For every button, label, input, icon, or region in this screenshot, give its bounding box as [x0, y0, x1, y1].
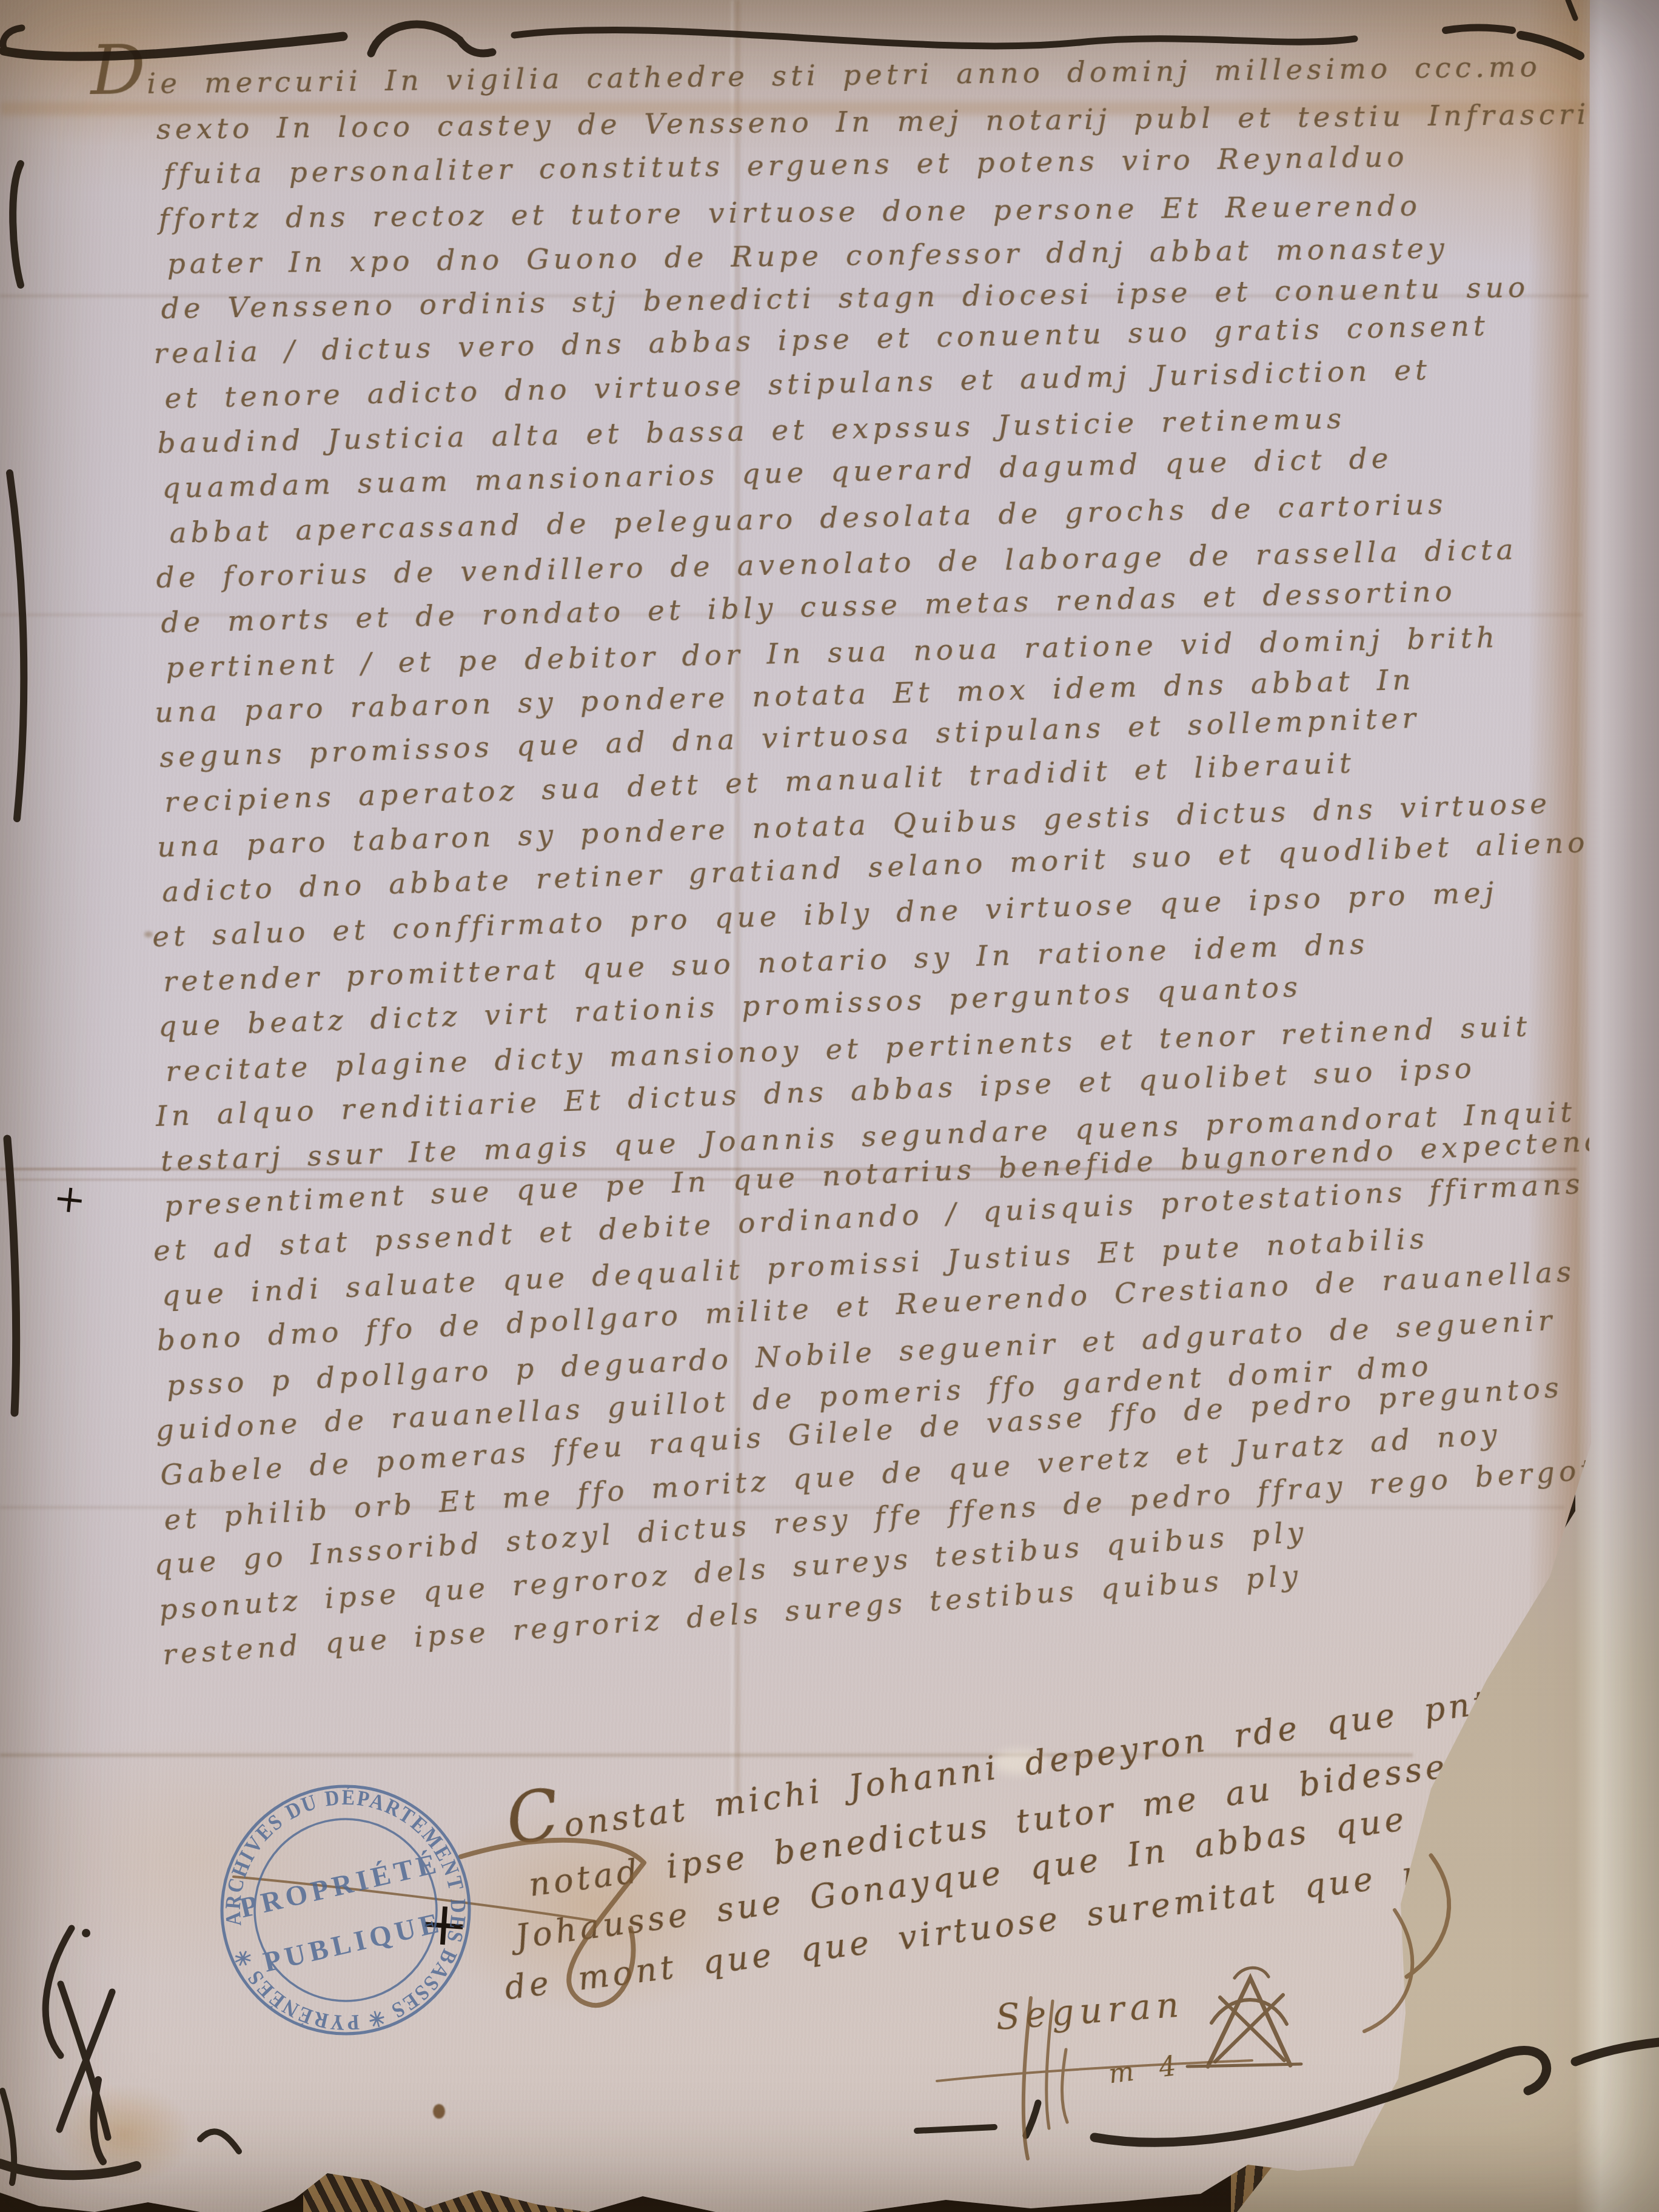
manuscript-line: ffuita personaliter constituts erguens e…: [163, 142, 1409, 189]
ink-spot: [433, 2104, 445, 2119]
manuscript-line: ffortz dns rectoz et tutore virtuose don…: [159, 192, 1422, 233]
manuscript-photo: Die mercurii In vigilia cathedre sti pet…: [0, 0, 1659, 2212]
notary-signature: Seguran: [994, 1983, 1185, 2038]
paper-stain: [144, 931, 153, 937]
signature-docket: m 4: [1107, 2050, 1186, 2090]
manuscript-line: pater In xpo dno Guono de Rupe confessor…: [167, 234, 1448, 278]
manuscript-line: Die mercurii In vigilia cathedre sti pet…: [90, 53, 1541, 99]
manuscript-line: sexto In loco castey de Vensseno In mej …: [156, 99, 1647, 144]
